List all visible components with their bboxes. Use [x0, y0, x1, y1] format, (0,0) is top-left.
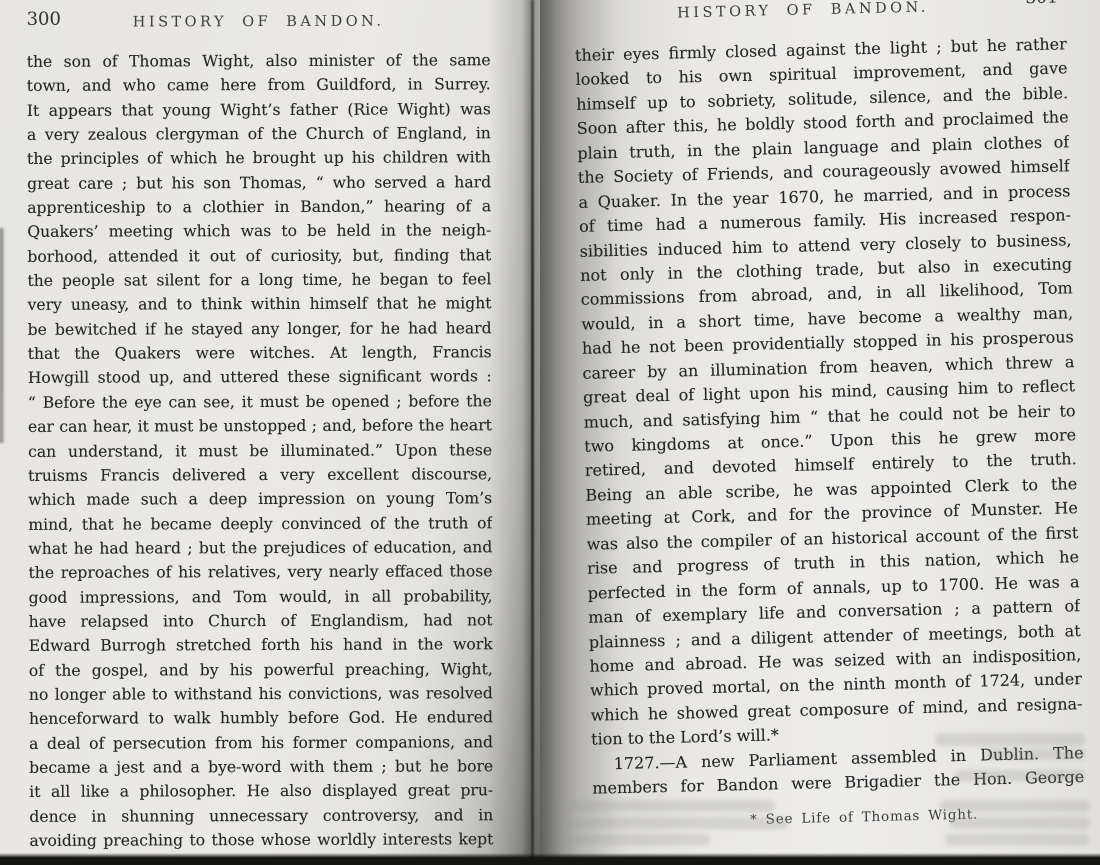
text-line: ItappearsthatyoungWight’sfather(RiceWigh…	[27, 100, 491, 126]
text-line: ofthegospel,andbyhispowerfulpreaching,Wi…	[29, 660, 493, 686]
scan-left-edge-shadow	[0, 228, 5, 443]
text-line: Quakers’meetingwhichwastobeheldintheneig…	[27, 222, 491, 248]
left-page-content: 300 HISTORY OF BANDON. thesonofThomasWig…	[0, 0, 542, 865]
text-line: Howgillstoodup,andutteredthesesignifican…	[28, 368, 492, 394]
text-line: greatcare;buthissonThomas,“whoservedahar…	[27, 173, 491, 199]
text-line: becameajestandabye-wordwiththem;buthebor…	[29, 757, 493, 783]
text-line: truismsFrancisdeliveredaveryexcellentdis…	[28, 465, 492, 491]
left-running-header: HISTORY OF BANDON.	[27, 13, 491, 31]
scan-bottom-edge	[0, 853, 1100, 865]
text-line: “Beforetheeyecansee,itmustbeopened;befor…	[28, 392, 492, 418]
text-line: earcanhear,itmustbeunstopped;and,beforet…	[28, 416, 492, 442]
text-line: nolongerabletowithstandhisconvictions,wa…	[29, 684, 493, 710]
text-line: canunderstand,itmustbeilluminated.”Upont…	[28, 441, 492, 467]
text-line: averyzealousclergymanoftheChurchofEnglan…	[27, 124, 491, 150]
text-line: thattheQuakerswerewitches.Atlength,Franc…	[28, 343, 492, 369]
text-line: apprenticeshiptoaclothierinBandon,”heari…	[27, 197, 491, 223]
text-line: italllikeaphilosopher.Healsodisplayedgre…	[29, 782, 493, 808]
text-line: bebewitchedifhestayedanylonger,forhehadh…	[28, 319, 492, 345]
footnote: * See Life of Thomas Wight.	[587, 804, 1089, 832]
text-line: borhood,attendeditoutofcuriosity,but,fin…	[27, 246, 491, 272]
right-page-text: theireyesfirmlyclosedagainstthelight;but…	[575, 34, 1085, 803]
text-line: thereproachesofhisrelatives,verynearlyef…	[28, 562, 492, 588]
text-line: thepeoplesatsilentforalongtime,hebeganto…	[27, 270, 491, 296]
text-line: denceinshunningunnecessarycontroversy,an…	[29, 806, 493, 832]
right-page-number: 301	[1025, 0, 1058, 8]
text-line: mind,thathebecamedeeplyconvincedofthetru…	[28, 514, 492, 540]
text-line: EdwardBurroghstretchedforthhishandinthew…	[29, 635, 493, 661]
text-line: whichmadesuchadeepimpressiononyoungTom’s	[28, 489, 492, 515]
text-line: adealofpersecutionfromhisformercompanion…	[29, 733, 493, 759]
right-running-header: HISTORY OF BANDON.	[568, 0, 1038, 24]
left-page-text: thesonofThomasWight,alsoministerofthesam…	[27, 51, 494, 856]
right-page-content: HISTORY OF BANDON. 301 theireyesfirmlycl…	[568, 0, 1090, 865]
left-page: 300 HISTORY OF BANDON. thesonofThomasWig…	[0, 0, 540, 865]
text-line: henceforwardtowalkhumblybeforeGod.Heendu…	[29, 709, 493, 735]
text-line: veryuneasy,andtothinkwithinhimselfthathe…	[28, 295, 492, 321]
text-line: theprinciplesofwhichhebroughtuphischildr…	[27, 149, 491, 175]
book-scan: 300 HISTORY OF BANDON. thesonofThomasWig…	[0, 0, 1100, 865]
text-line: whathehadheard;buttheprejudicesofeducati…	[28, 538, 492, 564]
text-line: haverelapsedintoChurchofEnglandism,hadno…	[29, 611, 493, 637]
text-line: goodimpressions,andTomwould,inallprobabi…	[29, 587, 493, 613]
text-line: town,andwhocameherefromGuildford,inSurre…	[27, 76, 491, 102]
gutter-crease-line	[531, 0, 534, 865]
text-line: thesonofThomasWight,alsoministerofthesam…	[27, 51, 491, 77]
